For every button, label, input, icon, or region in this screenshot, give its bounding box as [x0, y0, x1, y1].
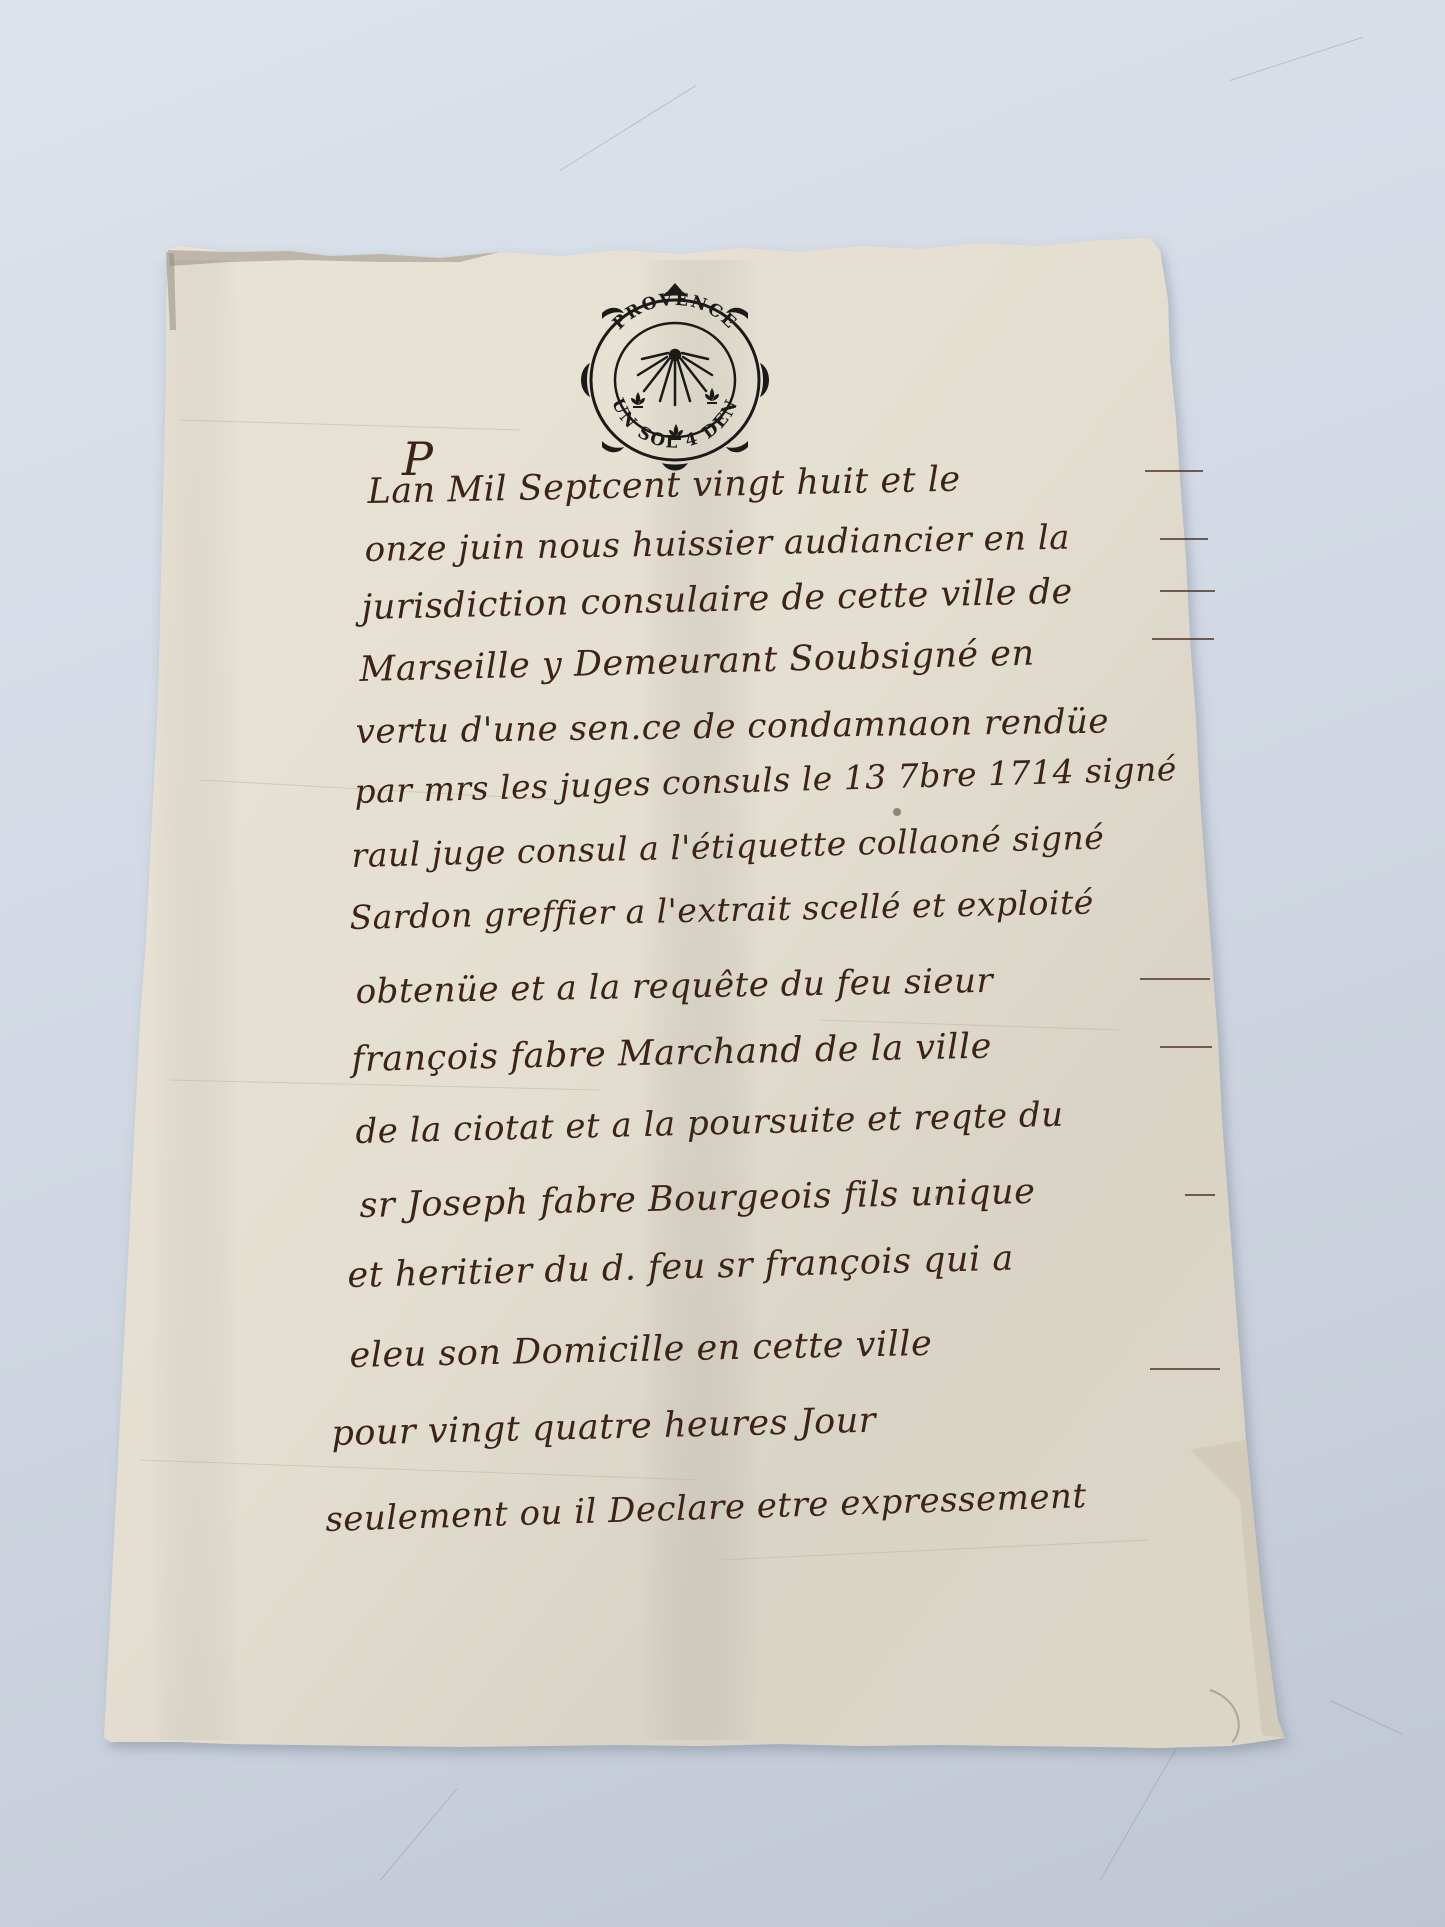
text-line: raul juge consul a l'étiquette collaoné … [351, 818, 1105, 875]
line-filler-dash [1185, 1194, 1215, 1196]
text-line: Marseille y Demeurant Soubsigné en [359, 634, 1035, 690]
line-filler-dash [1160, 1046, 1212, 1048]
text-line: par mrs les juges consuls le 13 7bre 171… [354, 749, 1178, 811]
text-line: jurisdiction consulaire de cette ville d… [361, 572, 1073, 628]
line-filler-dash [1145, 470, 1203, 472]
line-filler-dash [1160, 538, 1208, 540]
text-line: de la ciotat et a la poursuite et reqte … [355, 1095, 1064, 1152]
text-line: seulement ou il Declare etre expressemen… [325, 1476, 1087, 1540]
text-line: onze juin nous huissier audiancier en la [364, 518, 1070, 570]
line-filler-dash [1160, 590, 1215, 592]
text-line: pour vingt quatre heures Jour [331, 1401, 876, 1454]
text-line: françois fabre Marchand de la ville [351, 1027, 992, 1080]
text-line: et heritier du d. feu sr françois qui a [347, 1239, 1014, 1296]
text-line: eleu son Domicille en cette ville [349, 1324, 932, 1376]
line-filler-dash [1140, 978, 1210, 980]
text-line: vertu d'une sen.ce de condamnaon rendüe [355, 701, 1109, 752]
text-line: Sardon greffier a l'extrait scellé et ex… [349, 882, 1094, 937]
text-line: Lan Mil Septcent vingt huit et le [367, 460, 961, 512]
handwritten-text-body: P Lan Mil Septcent vingt huit et le onze… [0, 0, 1445, 1927]
line-filler-dash [1152, 638, 1214, 640]
line-filler-dash [1150, 1368, 1220, 1370]
text-line: obtenüe et a la requête du feu sieur [355, 961, 993, 1012]
text-line: sr Joseph fabre Bourgeois fils unique [359, 1172, 1036, 1226]
